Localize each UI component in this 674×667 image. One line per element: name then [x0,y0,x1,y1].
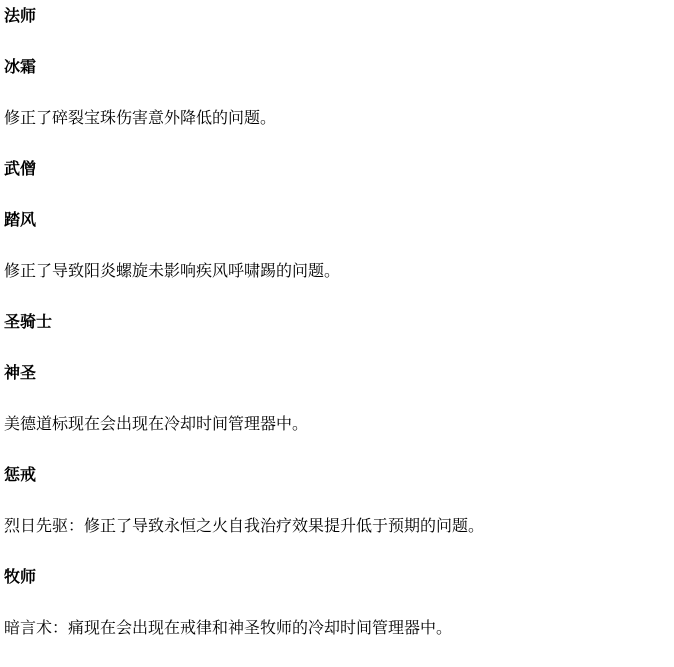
class-heading-priest: 牧师 [4,566,666,590]
class-heading-mage: 法师 [4,5,666,29]
spec-heading-holy: 神圣 [4,362,666,386]
spec-heading-retribution: 惩戒 [4,464,666,488]
patch-note-windwalker: 修正了导致阳炎螺旋未影响疾风呼啸踢的问题。 [4,260,666,284]
patch-note-frost: 修正了碎裂宝珠伤害意外降低的问题。 [4,107,666,131]
patch-notes-document: 法师 冰霜 修正了碎裂宝珠伤害意外降低的问题。 武僧 踏风 修正了导致阳炎螺旋未… [0,0,674,667]
patch-note-holy: 美德道标现在会出现在冷却时间管理器中。 [4,413,666,437]
patch-note-priest: 暗言术：痛现在会出现在戒律和神圣牧师的冷却时间管理器中。 [4,617,666,641]
spec-heading-frost: 冰霜 [4,56,666,80]
class-heading-paladin: 圣骑士 [4,311,666,335]
spec-heading-windwalker: 踏风 [4,209,666,233]
patch-note-retribution: 烈日先驱：修正了导致永恒之火自我治疗效果提升低于预期的问题。 [4,515,666,539]
class-heading-monk: 武僧 [4,158,666,182]
